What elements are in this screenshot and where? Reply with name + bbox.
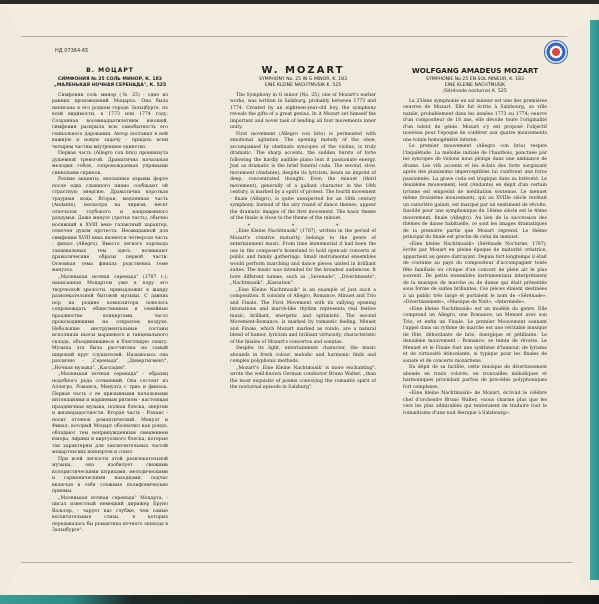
english-paragraph: „Mozart's ‚Eine Kleine Nachtmusik' is mo… (230, 366, 376, 392)
sleeve-flap-bottom (4, 562, 590, 595)
english-paragraph: „Eine Kleine Nachtmusik" is an example o… (230, 288, 376, 347)
cover-edge-right (590, 20, 599, 580)
catalog-number: НД 07364-65 (55, 48, 88, 54)
sleeve-flap-top (4, 4, 590, 37)
french-paragraph: «Eine kleine Nachtmusik» est un modèle d… (403, 307, 547, 366)
cover-edge-bottom (0, 595, 599, 604)
russian-paragraph: Первая часть (Allegro con brio) проникну… (52, 151, 168, 177)
french-column: WOLFGANG AMADEUS MOZART SYMPHONIE No 25 … (403, 68, 547, 417)
russian-paragraph: „Маленькая ночная серенада" (1787 г.), н… (52, 275, 168, 373)
russian-paragraph: „Маленькая ночная серенада" Моцарта, - п… (52, 496, 168, 535)
english-paragraph: „Eine Kleine Nachtmusik" (1787), written… (230, 229, 376, 288)
russian-paragraph: Симфония соль минор (№ 25) - одно из ран… (52, 93, 168, 152)
record-sleeve-back: НД 07364-65 В. МОЦАРТ СИМФОНИЯ № 25 СОЛЬ… (0, 0, 599, 604)
english-column: W. MOZART SYMPHONY No. 25 IN G MINOR, K.… (230, 68, 376, 392)
russian-work-1: СИМФОНИЯ № 25 СОЛЬ МИНОР, К. 183 (52, 77, 168, 83)
russian-composer: В. МОЦАРТ (52, 68, 168, 75)
vsesoyuznaya-studiya-logo-icon (544, 40, 568, 64)
russian-work-2: „МАЛЕНЬКАЯ НОЧНАЯ СЕРЕНАДА", К. 525 (52, 83, 168, 89)
russian-column: В. МОЦАРТ СИМФОНИЯ № 25 СОЛЬ МИНОР, К. 1… (52, 68, 168, 535)
english-composer: W. MOZART (230, 68, 376, 75)
russian-paragraph: При всей легкости этой развлекательной м… (52, 457, 168, 496)
french-paragraph: La 25ème symphonie en sol mineur est une… (403, 99, 547, 145)
english-paragraph: The Symphony in G minor (No. 25), one of… (230, 93, 376, 132)
russian-paragraph: „Маленькая ночная серенада" - образец по… (52, 372, 168, 457)
russian-paragraph: Резкие акценты, внезапные взрывы форте п… (52, 177, 168, 275)
french-paragraph: Le premier mouvement (Allegro con brio) … (403, 144, 547, 242)
french-composer: WOLFGANG AMADEUS MOZART (403, 68, 547, 75)
french-paragraph: En dépit de sa facilité, cette musique d… (403, 365, 547, 391)
french-paragraph: «Eine kleine Nachtmusik» (Sérénade Noctu… (403, 242, 547, 307)
english-paragraph: Despite its light, entertainment charact… (230, 346, 376, 366)
english-paragraph: First movement (Allegro con brio) is per… (230, 132, 376, 223)
french-paragraph: «Eine kleine Nachtmusik» de Mozart, écri… (403, 391, 547, 417)
cover-edge-top (0, 0, 599, 4)
